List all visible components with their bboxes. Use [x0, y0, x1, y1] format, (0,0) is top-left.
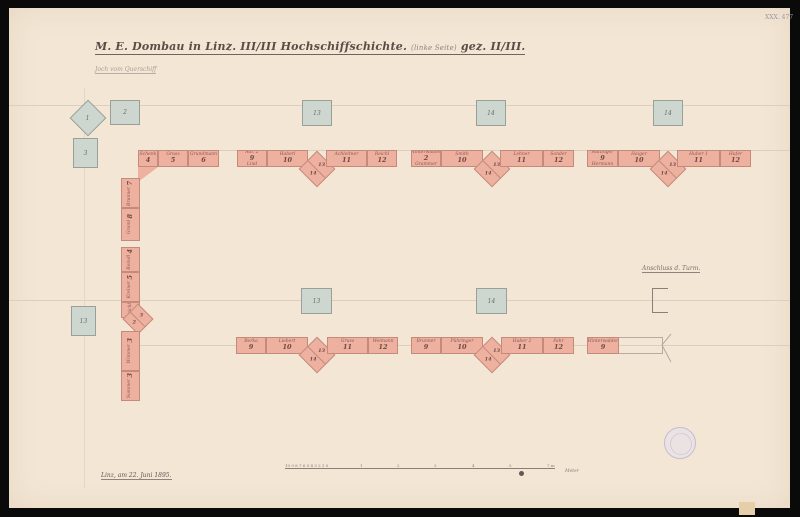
sheet-number: XXX. 477: [765, 14, 793, 21]
pier-15-upper-3: 14: [653, 100, 683, 126]
stone-segment: Lehner11: [500, 150, 543, 167]
stone-segment: Schenk4: [138, 150, 158, 167]
drawing-sheet: M. E. Dombau in Linz. III/III Hochschiff…: [9, 8, 790, 508]
empty-segment: [619, 337, 663, 354]
stone-segment: Haltinger9Hermann: [587, 150, 618, 167]
stone-segment: Achleitner11: [326, 150, 367, 167]
stone-segment: Huber 211: [501, 337, 543, 354]
pier-13-left: 13: [71, 306, 96, 336]
stone-segment: Weimann12: [368, 337, 398, 354]
tape-mark: [739, 502, 755, 515]
pier-14-upper-2: 14: [476, 100, 506, 126]
pier-14-lower-2: 14: [476, 288, 507, 314]
stone-segment-vertical: Graml 8: [121, 208, 140, 241]
stone-segment: Adl. 29Lind: [237, 150, 267, 167]
ink-dot: [519, 471, 524, 476]
stone-segment-vertical: Reindl 4: [121, 247, 140, 272]
tower-bracket: [652, 288, 668, 313]
scale-bar: 10 9 8 7 6 5 4 3 2 1 0 1 2 3 4 5 7 m: [285, 468, 555, 469]
stone-segment-vertical: Brunner 7: [121, 178, 140, 208]
pier-2: 2: [110, 100, 140, 125]
stone-segment: Hinterwalder9: [587, 337, 619, 354]
stone-segment: Sonder12: [543, 150, 574, 167]
stone-segment: Gruss5: [158, 150, 188, 167]
stone-segment-vertical: Sommer 3: [121, 371, 140, 401]
tower-connection-outline: [659, 333, 674, 363]
pier-13-upper-1: 13: [302, 100, 332, 126]
corner-bevel: [138, 167, 158, 182]
archive-stamp: [664, 427, 696, 459]
stone-segment: Hufer12: [720, 150, 751, 167]
stone-segment: Brunner9: [411, 337, 441, 354]
stone-segment: Grundmann6: [188, 150, 219, 167]
pier-13-lower-1: 13: [301, 288, 332, 314]
tower-label: Anschluss d. Turm.: [642, 265, 700, 273]
stone-segment: Berka9: [236, 337, 266, 354]
stone-segment-vertical: Wimmer 3: [121, 331, 140, 371]
stone-segment: Hinterwalder2Grammer: [411, 150, 441, 167]
drawing-subtitle: Joch vom Querschiff: [95, 66, 156, 74]
stone-segment: Huber 111: [677, 150, 720, 167]
stone-segment: Gruss11: [327, 337, 368, 354]
drawing-title: M. E. Dombau in Linz. III/III Hochschiff…: [95, 40, 525, 55]
stone-segment: Fahr12: [543, 337, 574, 354]
pier-3: 3: [73, 138, 98, 168]
scale-unit: Meter: [565, 469, 579, 474]
stone-segment: Reichl12: [367, 150, 397, 167]
stone-segment-vertical: Kreiner 5: [121, 272, 140, 302]
date-line: Linz, am 22. Juni 1895.: [101, 472, 172, 480]
